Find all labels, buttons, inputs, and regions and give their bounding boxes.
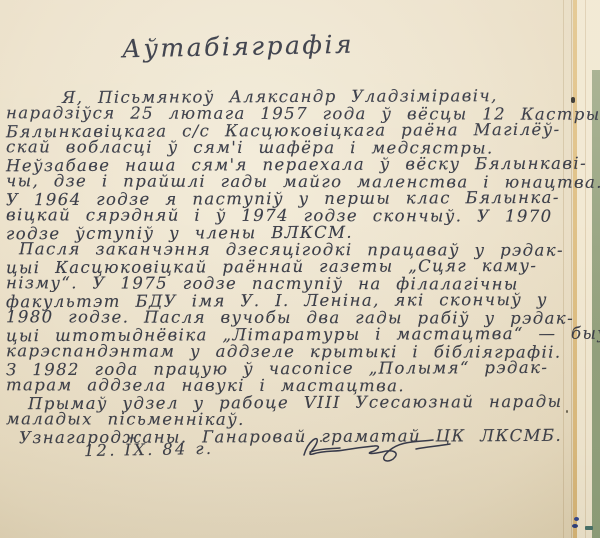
signature-scrawl	[296, 428, 456, 470]
paper-speck	[572, 524, 578, 528]
handwriting-line: віцкай сярэдняй і ў 1974 годзе скончыў. …	[6, 206, 584, 225]
document-title: Аўтабіяграфія	[122, 30, 355, 64]
paper-speck	[571, 97, 575, 103]
autobiography-page: Аўтабіяграфія Я, Пісьмянкоў Аляксандр Ул…	[0, 0, 600, 538]
paper-speck	[566, 410, 568, 413]
paper-speck	[585, 526, 593, 530]
document-date: 12. ІХ. 84 г.	[84, 439, 214, 460]
paper-speck	[574, 517, 579, 521]
book-cover-edge	[592, 70, 600, 538]
document-body: Я, Пісьмянкоў Аляксандр Уладзіміравіч, н…	[6, 88, 584, 445]
paper-speck	[320, 440, 322, 442]
